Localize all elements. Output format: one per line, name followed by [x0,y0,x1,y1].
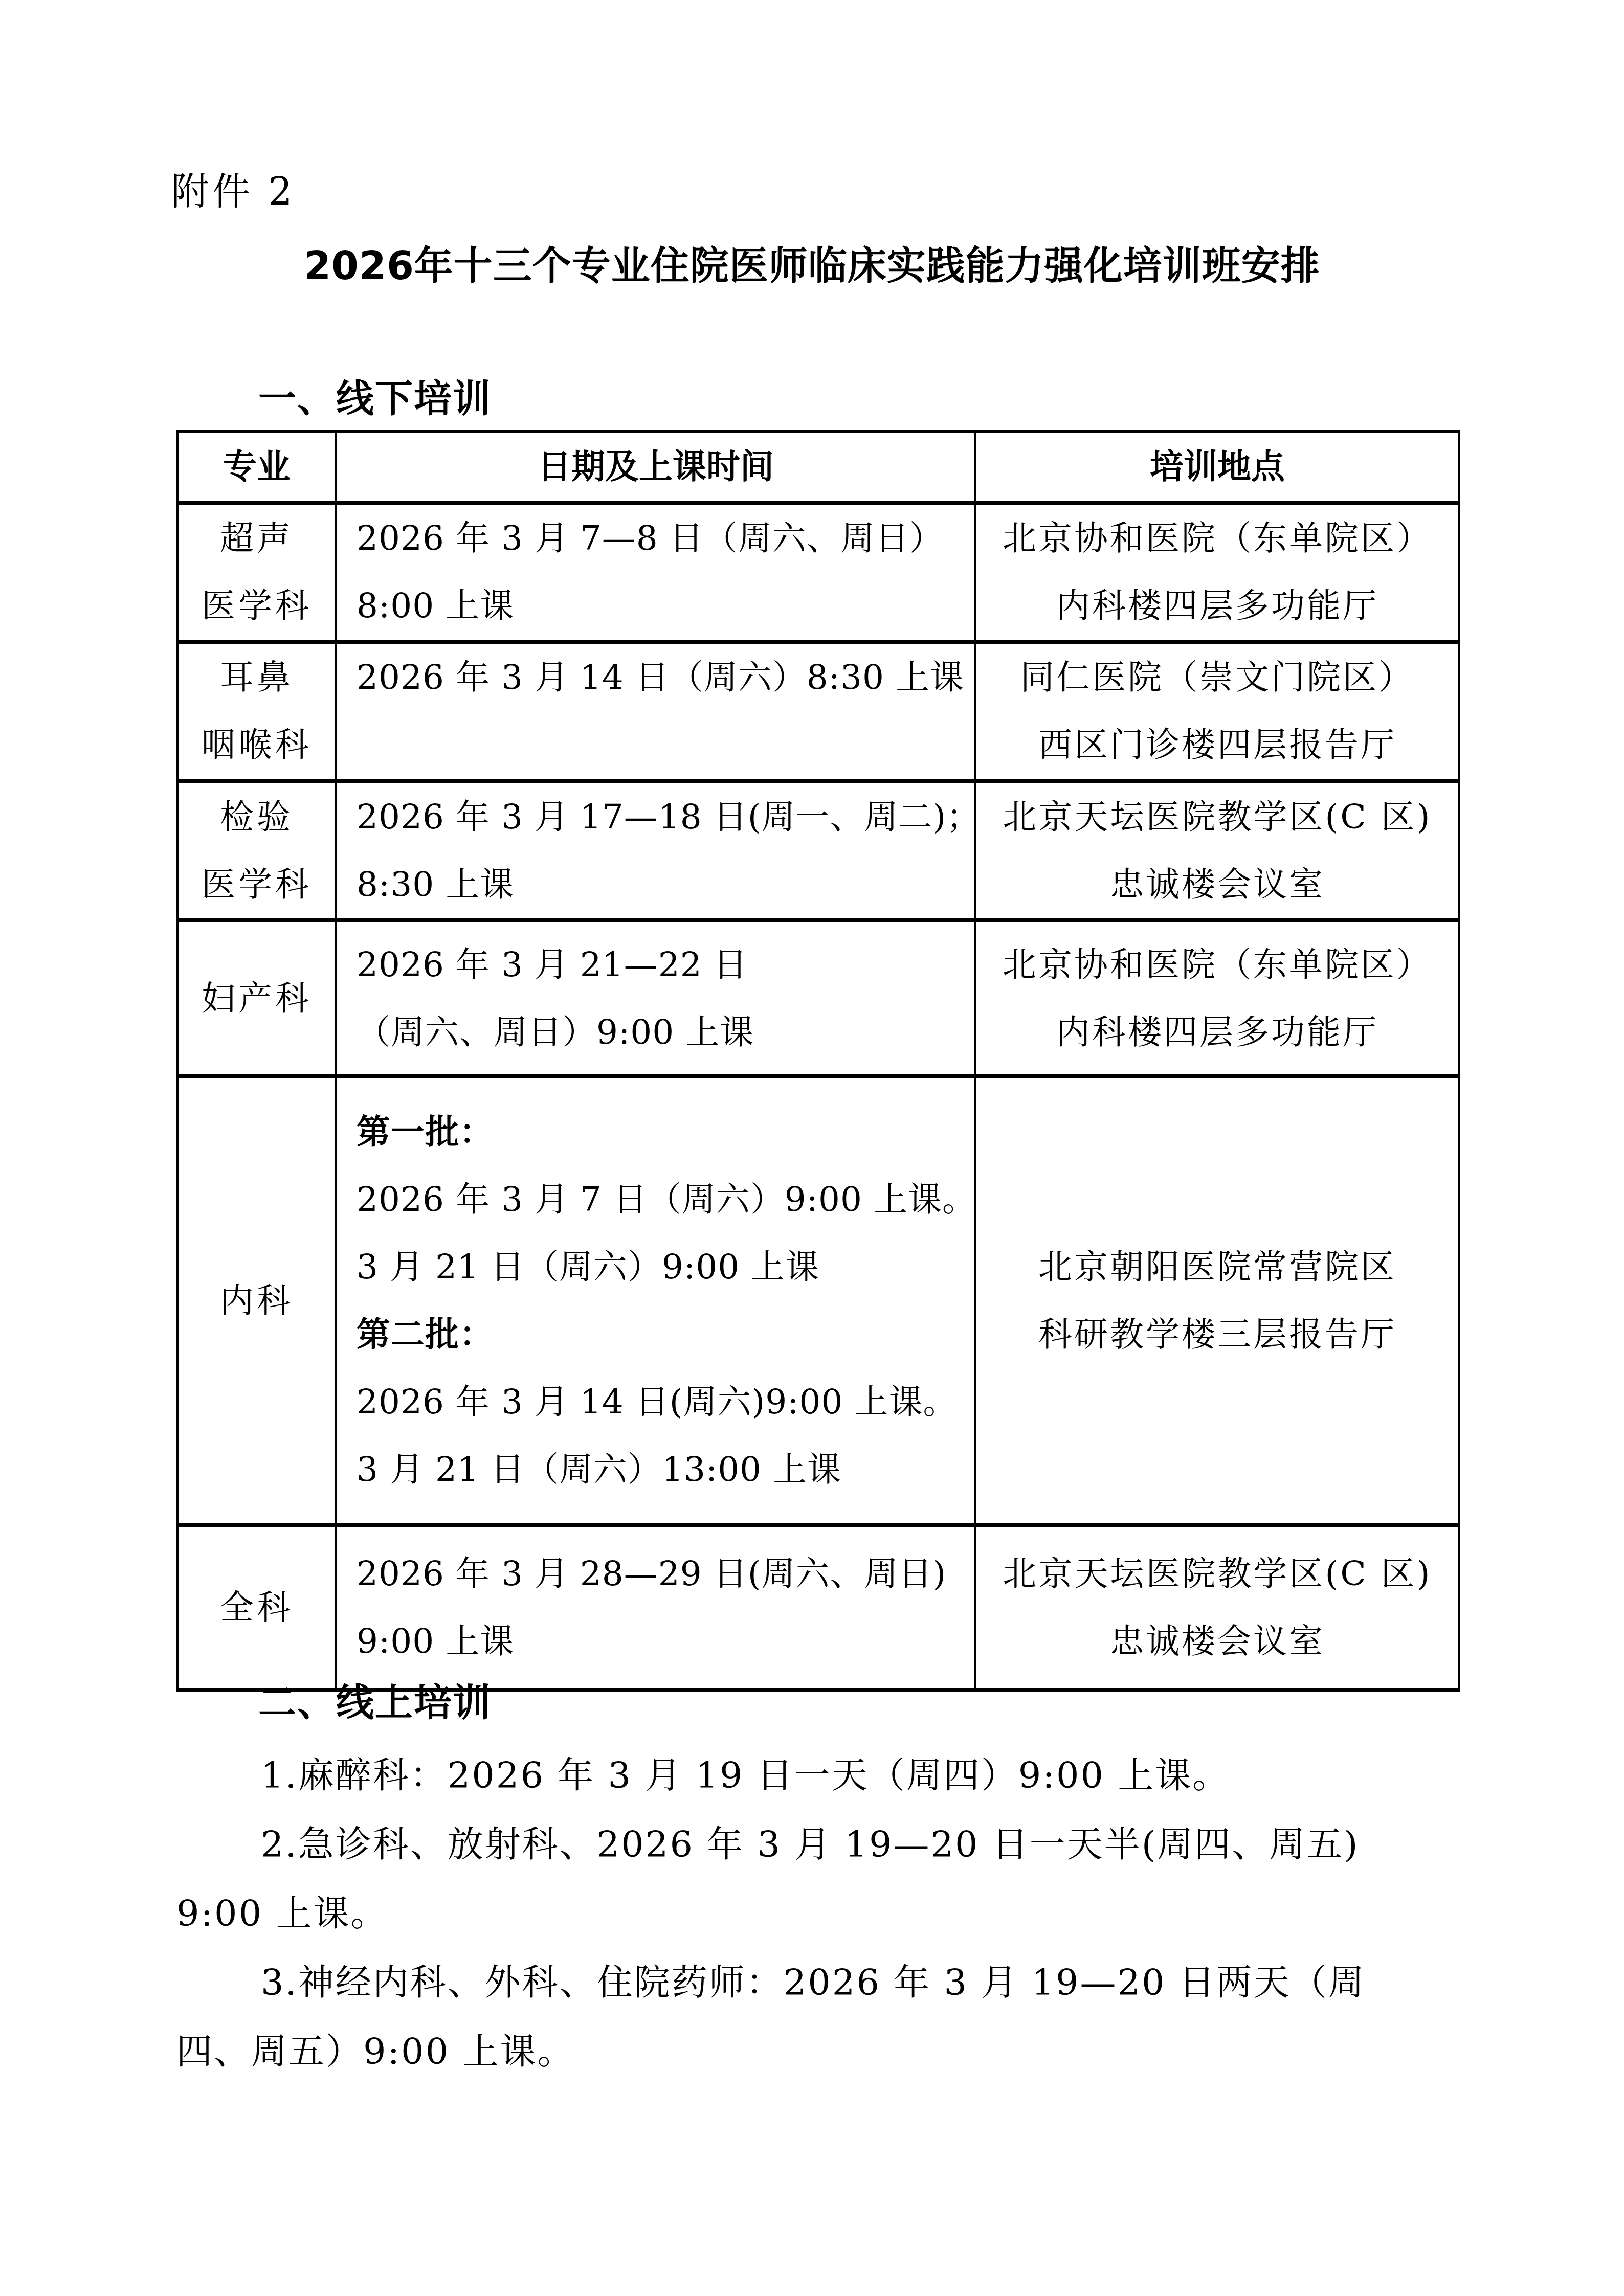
table-row: 妇产科 2026 年 3 月 21—22 日 （周六、周日）9:00 上课 北京… [177,920,1459,1076]
header-date-time: 日期及上课时间 [336,432,975,503]
table-row: 超声 医学科 2026 年 3 月 7—8 日（周六、周日） 8:00 上课 北… [177,503,1459,642]
location-cell: 北京协和医院（东单院区） 内科楼四层多功能厅 [975,503,1459,642]
offline-schedule-table: 专业 日期及上课时间 培训地点 超声 医学科 2026 年 3 月 7—8 日（… [176,430,1460,1692]
specialty-cell: 全科 [177,1525,336,1690]
attachment-label: 附件 2 [171,169,296,215]
specialty-cell: 妇产科 [177,920,336,1076]
date-cell: 2026 年 3 月 21—22 日 （周六、周日）9:00 上课 [336,920,975,1076]
table-row: 内科 第一批： 2026 年 3 月 7 日（周六）9:00 上课。 3 月 2… [177,1076,1459,1525]
online-item-anesthesiology: 1.麻醉科：2026 年 3 月 19 日一天（周四）9:00 上课。 [176,1741,1458,1810]
batch-label: 第一批： [357,1098,974,1166]
date-cell: 2026 年 3 月 7—8 日（周六、周日） 8:00 上课 [336,503,975,642]
specialty-cell: 超声 医学科 [177,503,336,642]
batch-label: 第二批： [357,1301,974,1368]
date-cell: 2026 年 3 月 17—18 日(周一、周二)； 8:30 上课 [336,781,975,920]
table-header-row: 专业 日期及上课时间 培训地点 [177,432,1459,503]
header-location: 培训地点 [975,432,1459,503]
specialty-cell: 内科 [177,1076,336,1525]
table-row: 全科 2026 年 3 月 28—29 日(周六、周日) 9:00 上课 北京天… [177,1525,1459,1690]
table-row: 耳鼻 咽喉科 2026 年 3 月 14 日（周六）8:30 上课 同仁医院（崇… [177,642,1459,781]
header-specialty: 专业 [177,432,336,503]
location-cell: 北京协和医院（东单院区） 内科楼四层多功能厅 [975,920,1459,1076]
table-row: 检验 医学科 2026 年 3 月 17—18 日(周一、周二)； 8:30 上… [177,781,1459,920]
online-item-emergency-radiology: 2.急诊科、放射科、2026 年 3 月 19—20 日一天半(周四、周五) 9… [176,1810,1458,1948]
date-cell: 第一批： 2026 年 3 月 7 日（周六）9:00 上课。 3 月 21 日… [336,1076,975,1525]
location-cell: 北京朝阳医院常营院区 科研教学楼三层报告厅 [975,1076,1459,1525]
document-title: 2026年十三个专业住院医师临床实践能力强化培训班安排 [0,240,1624,291]
date-cell: 2026 年 3 月 14 日（周六）8:30 上课 [336,642,975,781]
section-heading-online: 二、线上培训 [258,1680,492,1726]
location-cell: 北京天坛医院教学区(C 区) 忠诚楼会议室 [975,781,1459,920]
specialty-cell: 耳鼻 咽喉科 [177,642,336,781]
online-item-neurology-surgery-pharmacy: 3.神经内科、外科、住院药师：2026 年 3 月 19—20 日两天（周 四、… [176,1948,1458,2086]
specialty-cell: 检验 医学科 [177,781,336,920]
location-cell: 北京天坛医院教学区(C 区) 忠诚楼会议室 [975,1525,1459,1690]
section-heading-offline: 一、线下培训 [258,376,492,422]
location-cell: 同仁医院（崇文门院区） 西区门诊楼四层报告厅 [975,642,1459,781]
date-cell: 2026 年 3 月 28—29 日(周六、周日) 9:00 上课 [336,1525,975,1690]
